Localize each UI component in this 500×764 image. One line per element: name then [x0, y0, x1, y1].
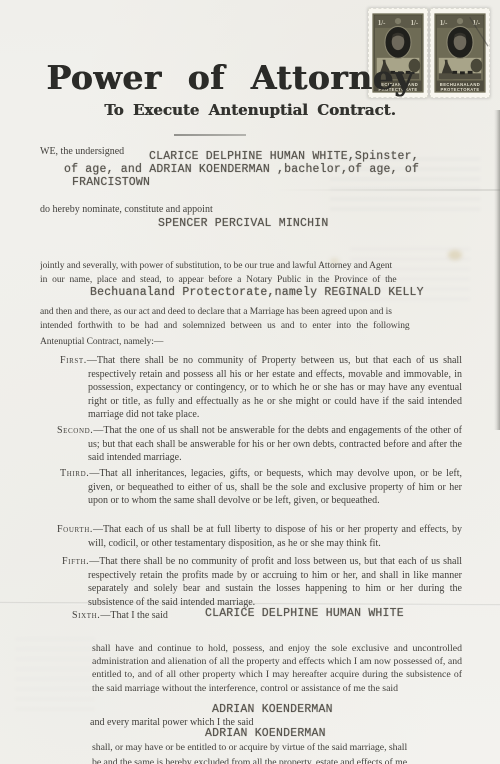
clause-fifth-text: —That there shall be no community of pro…: [88, 556, 462, 608]
fold-line-upper: [0, 189, 500, 191]
typed-party-names-line2: of age, and ADRIAN KOENDERMAN ,bachelor,…: [64, 163, 419, 176]
stain-1: [448, 250, 462, 260]
clause-second: Second.—That the one of us shall not be …: [88, 424, 462, 465]
clause-sixth-label: Sixth.: [72, 610, 100, 621]
document-page: 1/- 1/- BECHUANALAND PROTECTORATE: [0, 0, 500, 764]
clause-third-text: —That all inheritances, legacies, gifts,…: [88, 468, 462, 506]
clause-fifth: Fifth.—That there shall be no community …: [88, 555, 462, 609]
clause-first-label: First.: [60, 355, 87, 366]
closing-line-1: shall, or may have or be entitled to or …: [92, 742, 464, 753]
closing-line-2: be and the same is hereby excluded from …: [92, 757, 464, 764]
typed-clarice-name: CLARICE DELPHINE HUMAN WHITE: [205, 607, 404, 620]
clause-third: Third.—That all inheritances, legacies, …: [88, 467, 462, 508]
clause-third-label: Third.: [60, 468, 89, 479]
clause-first: First.—That there shall be no community …: [88, 354, 462, 422]
typed-notary-line: Bechuanaland Protectorate,namely REGINAL…: [90, 286, 424, 299]
para-declaration-line2: intended forthwith to be had and solemni…: [40, 321, 462, 331]
typed-attorney-name: SPENCER PERCIVAL MINCHIN: [158, 217, 328, 230]
typed-party-names-line1: CLARICE DELPHINE HUMAN WHITE,Spinster,: [149, 150, 419, 163]
clause-first-text: —That there shall be no community of Pro…: [87, 355, 462, 420]
typed-adrian-name-1: ADRIAN KOENDERMAN: [212, 703, 333, 716]
clause-second-text: —That the one of us shall not be answera…: [88, 425, 462, 463]
typed-party-names-line3: FRANCISTOWN: [72, 176, 150, 189]
appoint-line: do hereby nominate, constitute and appoi…: [40, 204, 213, 215]
sixth-continuation-paragraph: shall have and continue to hold, possess…: [92, 642, 462, 695]
document-subtitle: To Execute Antenuptial Contract.: [20, 101, 480, 119]
clause-fourth: Fourth.—That each of us shall be at full…: [88, 523, 462, 550]
clause-second-label: Second.: [57, 425, 93, 436]
stamp-denomination-left: 1/-: [440, 20, 448, 27]
clause-sixth-text: —That I the said: [100, 610, 167, 621]
para-substitution-line1: jointly and severally, with power of sub…: [40, 261, 462, 271]
clause-fourth-label: Fourth.: [57, 524, 93, 535]
title-rule: [174, 134, 246, 136]
stamp-denomination-left: 1/-: [378, 20, 386, 27]
typed-adrian-name-2: ADRIAN KOENDERMAN: [205, 727, 326, 740]
stamp-denomination-right: 1/-: [411, 20, 419, 27]
clause-fourth-text: —That each of us shall be at full libert…: [88, 524, 462, 549]
document-title: Power of Attorney: [20, 58, 440, 97]
clause-fifth-label: Fifth.: [62, 556, 89, 567]
para-declaration-line3: Antenuptial Contract, namely:—: [40, 337, 462, 347]
intro-we-line: WE, the undersigned: [40, 146, 124, 157]
stamp-country-line2: PROTECTORATE: [440, 87, 479, 92]
para-substitution-line2: in our name, place and stead, to appear …: [40, 275, 462, 285]
paper-edge-shadow: [494, 110, 500, 430]
para-declaration-line1: and then and there, as our act and deed …: [40, 307, 462, 317]
ghost-showthrough-3: [15, 630, 95, 710]
